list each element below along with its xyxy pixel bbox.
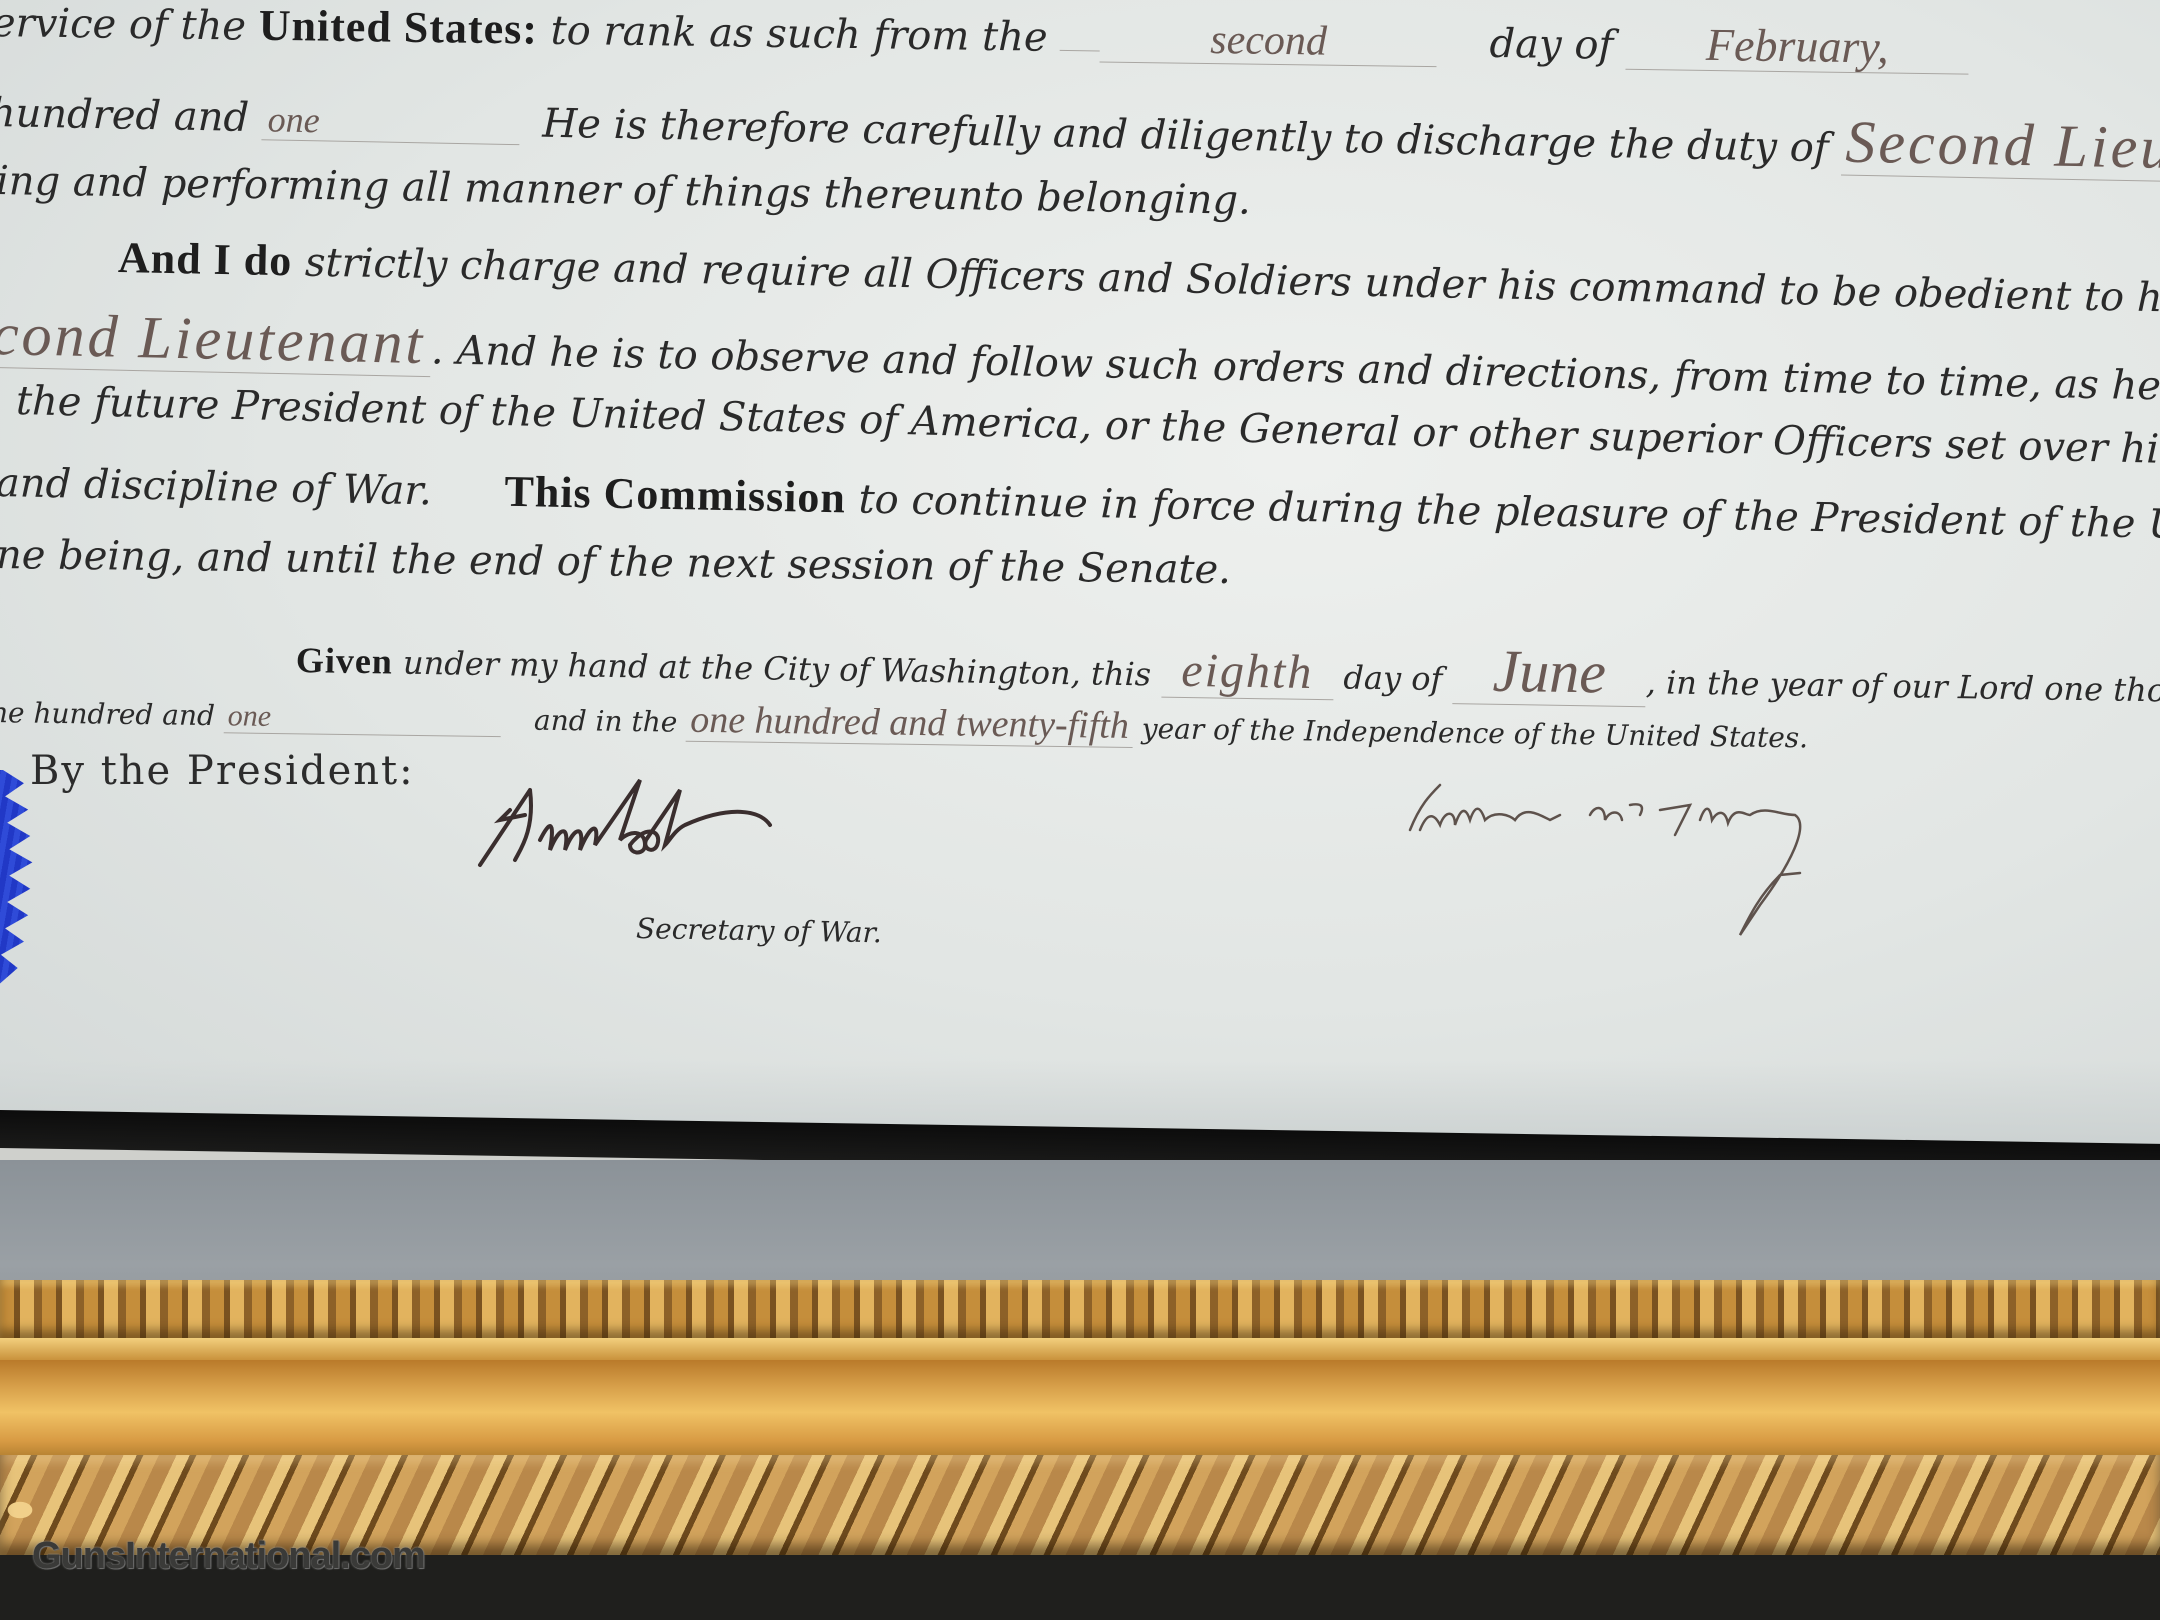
- rank-day-fill: second: [1100, 15, 1437, 67]
- united-states-heading: United States:: [258, 1, 538, 54]
- rank-fill: Second Lieutenant: [1841, 109, 2160, 186]
- president-signature: [1400, 775, 2000, 959]
- independence-year-fill: one hundred and twenty-fifth: [686, 699, 1133, 748]
- given-day-fill: eighth: [1161, 644, 1334, 701]
- line-text: and discipline of War.: [0, 460, 432, 514]
- given-heading: Given: [296, 640, 394, 682]
- given-year-fill: one: [224, 699, 502, 737]
- frame-bead-molding: [0, 1280, 2160, 1338]
- line-text: and in the: [534, 704, 678, 739]
- this-commission-heading: This Commission: [504, 467, 846, 523]
- secretary-signature: [470, 770, 950, 884]
- and-i-do-heading: And I do: [118, 233, 293, 285]
- line-text: to rank as such from the: [550, 8, 1048, 61]
- frame-cove: [0, 1360, 2160, 1455]
- by-the-president-label: By the President:: [30, 748, 415, 794]
- line-text: day of: [1489, 21, 1613, 69]
- watermark-text: GunsInternational.com: [32, 1535, 425, 1578]
- line-text: day of: [1343, 658, 1443, 698]
- line-text: ne hundred and: [0, 696, 215, 732]
- line-text: year of the Independence of the United S…: [1142, 712, 1809, 754]
- line-text: , in the year of our Lord one thousand: [1645, 663, 2160, 711]
- frame-lip: [0, 1338, 2160, 1360]
- rank-fill-2: cond Lieutenant: [0, 301, 432, 377]
- rank-month-fill: February,: [1626, 18, 1969, 75]
- secretary-of-war-label: Secretary of War.: [636, 912, 882, 949]
- line-text: hundred and: [0, 90, 249, 141]
- year-fill: one: [261, 99, 520, 145]
- line-text: ervice of the: [0, 0, 246, 50]
- line-text: under my hand at the City of Washington,…: [403, 644, 1152, 694]
- given-month-fill: June: [1452, 637, 1646, 707]
